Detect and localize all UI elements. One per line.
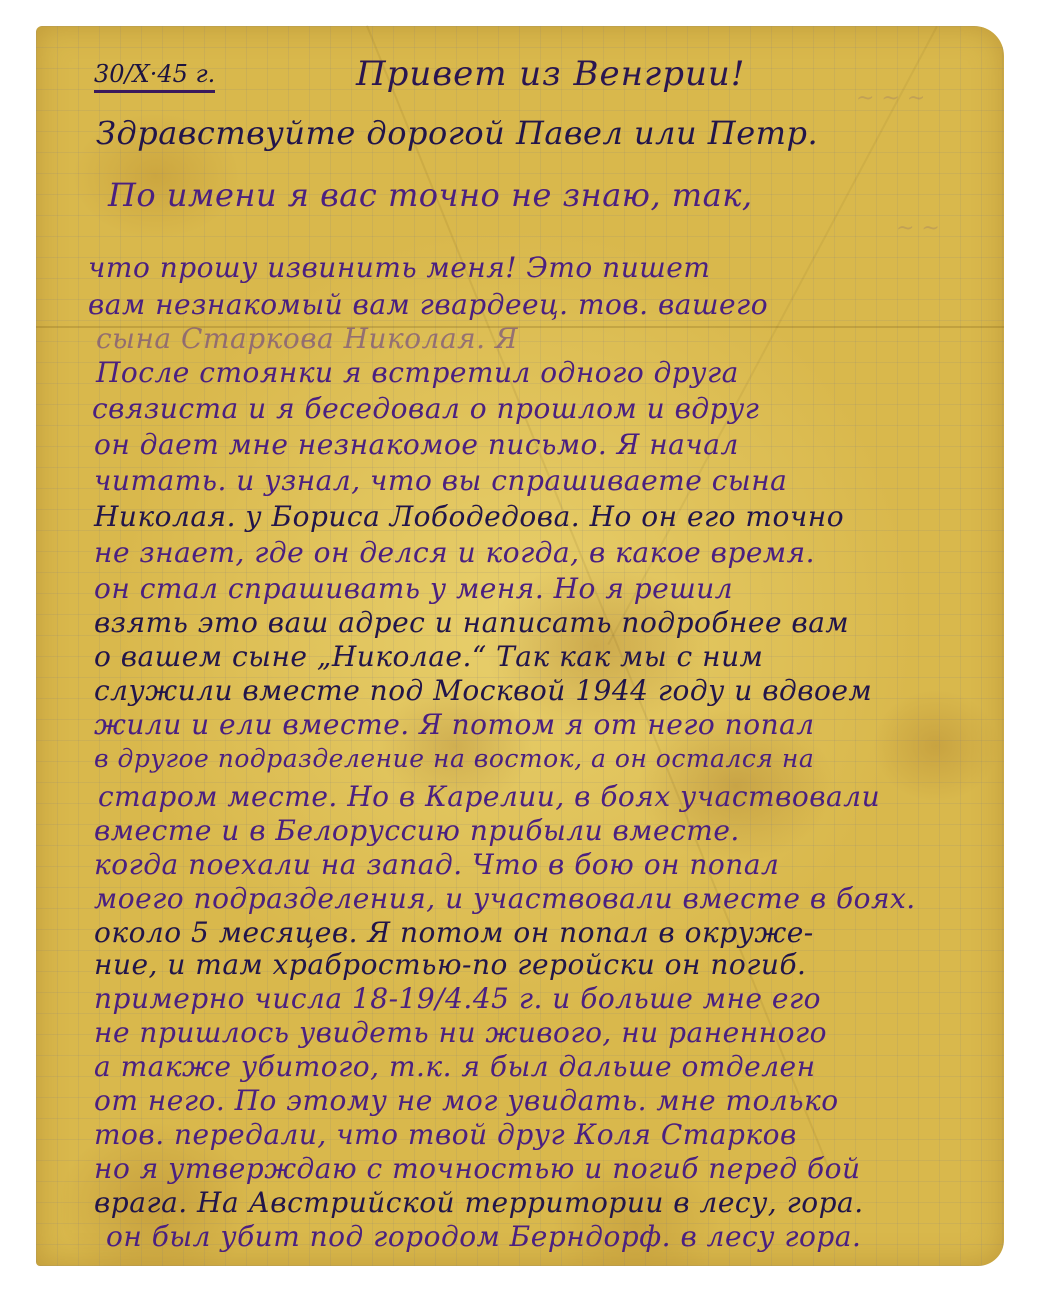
letter-line: сына Старкова Николая. Я — [96, 322, 518, 355]
letter-line: старом месте. Но в Карелии, в боях участ… — [98, 780, 880, 813]
letter-paper: ~ ~ ~ ~ ~ 30/X·45 г. Привет из Венгрии! … — [36, 26, 1004, 1266]
letter-title: Привет из Венгрии! — [356, 54, 745, 94]
bleed-through: ~ ~ — [896, 216, 940, 241]
letter-line: не знает, где он делся и когда, в какое … — [94, 536, 815, 569]
letter-line: но я утверждаю с точностью и погиб перед… — [94, 1152, 861, 1185]
letter-line: а также убитого, т.к. я был дальше отдел… — [94, 1050, 816, 1083]
letter-line: После стоянки я встретил одного друга — [96, 356, 739, 389]
letter-line: Николая. у Бориса Лободедова. Но он его … — [94, 500, 844, 533]
letter-line: тов. передали, что твой друг Коля Старко… — [94, 1118, 797, 1151]
letter-line: Здравствуйте дорогой Павел или Петр. — [96, 114, 818, 152]
letter-line: о вашем сыне „Николае.“ Так как мы с ним — [94, 640, 763, 673]
letter-line: врага. На Австрийской территории в лесу,… — [94, 1186, 864, 1219]
letter-line: от него. По этому не мог увидать. мне то… — [94, 1084, 839, 1117]
letter-line: вам незнакомый вам гвардеец. тов. вашего — [88, 288, 768, 321]
bleed-through: ~ ~ ~ — [856, 86, 925, 111]
letter-line: он стал спрашивать у меня. Но я решил — [94, 572, 733, 605]
letter-line: взять это ваш адрес и написать подробнее… — [94, 606, 849, 639]
letter-line: служили вместе под Москвой 1944 году и в… — [94, 674, 872, 707]
letter-line: ние, и там храбростью-по геройски он пог… — [94, 948, 806, 981]
letter-line: связиста и я беседовал о прошлом и вдруг — [92, 392, 759, 425]
letter-line: он был убит под городом Берндорф. в лесу… — [106, 1220, 861, 1253]
letter-line: примерно числа 18-19/4.45 г. и больше мн… — [94, 982, 821, 1015]
letter-line: не пришлось увидеть ни живого, ни раненн… — [94, 1016, 827, 1049]
letter-line: читать. и узнал, что вы спрашиваете сына — [94, 464, 787, 497]
letter-line: когда поехали на запад. Что в бою он поп… — [94, 848, 779, 881]
letter-line: жили и ели вместе. Я потом я от него поп… — [94, 708, 815, 741]
letter-line: около 5 месяцев. Я потом он попал в окру… — [94, 916, 814, 949]
letter-line: моего подразделения, и участвовали вмест… — [94, 882, 916, 915]
letter-line: По имени я вас точно не знаю, так, — [108, 176, 752, 214]
letter-line: он дает мне незнакомое письмо. Я начал — [94, 428, 739, 461]
letter-date: 30/X·45 г. — [94, 60, 215, 93]
letter-line: в другое подразделение на восток, а он о… — [94, 744, 814, 773]
letter-line: что прошу извинить меня! Это пишет — [88, 251, 710, 284]
letter-line: вместе и в Белоруссию прибыли вместе. — [94, 814, 740, 847]
